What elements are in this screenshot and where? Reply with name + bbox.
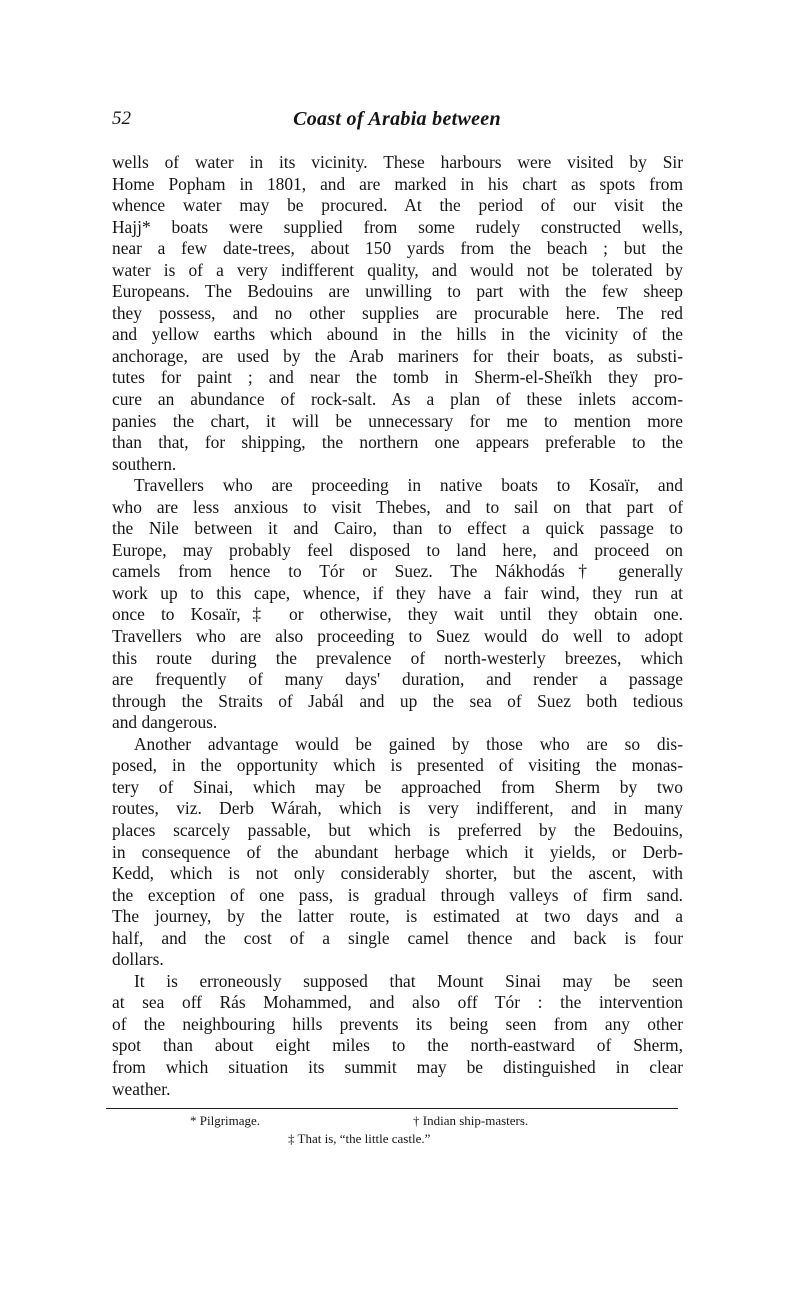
text-line: through the Straits of Jabál and up the … (112, 691, 683, 713)
footnote-rule (106, 1108, 678, 1109)
text-line: and yellow earths which abound in the hi… (112, 324, 683, 346)
text-line: tutes for paint ; and near the tomb in S… (112, 367, 683, 389)
text-line: weather. (112, 1079, 683, 1101)
text-line: in consequence of the abundant herbage w… (112, 842, 683, 864)
text-line: panies the chart, it will be unnecessary… (112, 411, 683, 433)
text-line: are frequently of many days' duration, a… (112, 669, 683, 691)
text-line: the Nile between it and Cairo, than to e… (112, 518, 683, 540)
text-line: from which situation its summit may be d… (112, 1057, 683, 1079)
text-line: Another advantage would be gained by tho… (112, 734, 683, 756)
text-line: tery of Sinai, which may be approached f… (112, 777, 683, 799)
footnote-pilgrimage: * Pilgrimage. (190, 1113, 260, 1129)
text-line: who are less anxious to visit Thebes, an… (112, 497, 683, 519)
running-head: Coast of Arabia between (112, 108, 682, 131)
text-line: the exception of one pass, is gradual th… (112, 885, 683, 907)
text-line: once to Kosaïr,‡ or otherwise, they wait… (112, 604, 683, 626)
text-line: anchorage, are used by the Arab mariners… (112, 346, 683, 368)
text-line: they possess, and no other supplies are … (112, 303, 683, 325)
text-line: water is of a very indifferent quality, … (112, 260, 683, 282)
text-line: wells of water in its vicinity. These ha… (112, 152, 683, 174)
page-header: 52 Coast of Arabia between (112, 108, 682, 132)
book-page: 52 Coast of Arabia between wells of wate… (0, 0, 800, 1289)
text-line: routes, viz. Derb Wárah, which is very i… (112, 798, 683, 820)
text-line: The journey, by the latter route, is est… (112, 906, 683, 928)
text-line: near a few date-trees, about 150 yards f… (112, 238, 683, 260)
text-line: spot than about eight miles to the north… (112, 1035, 683, 1057)
text-line: whence water may be procured. At the per… (112, 195, 683, 217)
footnote-little-castle: ‡ That is, “the little castle.” (288, 1131, 430, 1147)
footnote-ship-masters: † Indian ship-masters. (413, 1113, 528, 1129)
text-line: than that, for shipping, the northern on… (112, 432, 683, 454)
text-line: Kedd, which is not only considerably sho… (112, 863, 683, 885)
text-line: Europe, may probably feel disposed to la… (112, 540, 683, 562)
text-line: Hajj* boats were supplied from some rude… (112, 217, 683, 239)
text-line: posed, in the opportunity which is prese… (112, 755, 683, 777)
text-line: at sea off Rás Mohammed, and also off Tó… (112, 992, 683, 1014)
text-line: of the neighbouring hills prevents its b… (112, 1014, 683, 1036)
text-line: places scarcely passable, but which is p… (112, 820, 683, 842)
text-line: this route during the prevalence of nort… (112, 648, 683, 670)
text-line: southern. (112, 454, 683, 476)
text-line: Home Popham in 1801, and are marked in h… (112, 174, 683, 196)
text-line: It is erroneously supposed that Mount Si… (112, 971, 683, 993)
text-line: half, and the cost of a single camel the… (112, 928, 683, 950)
text-line: dollars. (112, 949, 683, 971)
body-text: wells of water in its vicinity. These ha… (112, 152, 683, 1100)
text-line: cure an abundance of rock-salt. As a pla… (112, 389, 683, 411)
text-line: Europeans. The Bedouins are unwilling to… (112, 281, 683, 303)
text-line: Travellers who are also proceeding to Su… (112, 626, 683, 648)
text-line: work up to this cape, whence, if they ha… (112, 583, 683, 605)
text-line: and dangerous. (112, 712, 683, 734)
text-line: Travellers who are proceeding in native … (112, 475, 683, 497)
text-line: camels from hence to Tór or Suez. The Ná… (112, 561, 683, 583)
